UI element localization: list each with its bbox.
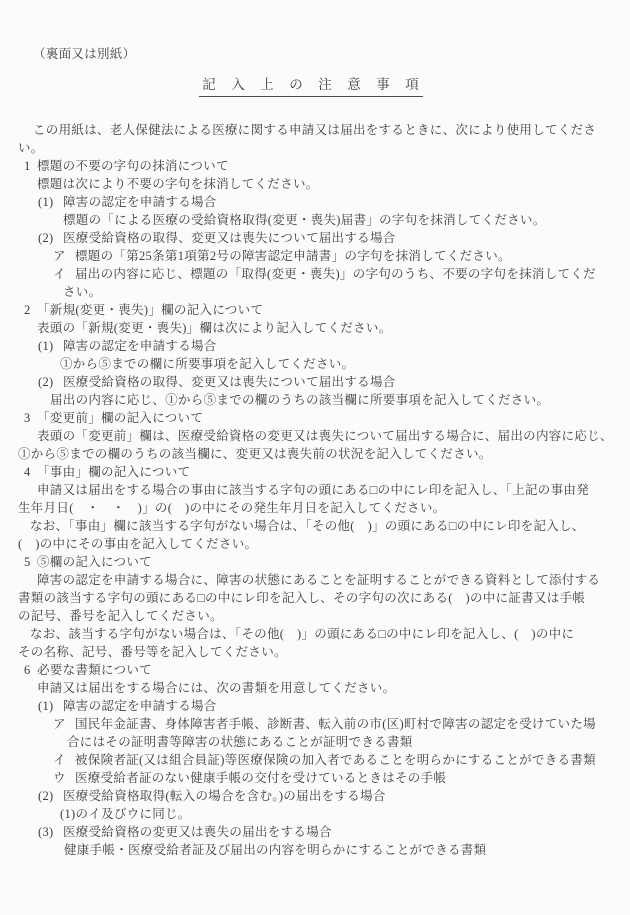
doc-text-line: 書類の該当する字句の頭にある□の中にレ印を記入し、その字句の次にある( )の中に… — [18, 589, 604, 607]
list-marker: (2) — [38, 787, 63, 805]
line-text: の記号、番号を記入してください。 — [18, 609, 223, 623]
line-text: 表頭の「変更前」欄は、医療受給資格の変更又は喪失について届出する場合に、届出の内… — [37, 429, 613, 443]
doc-text-line: なお、該当する字句がない場合は、「その他( )」の頭にある□の中にレ印を記入し、… — [18, 625, 604, 643]
doc-text-line: 申請又は届出をする場合の事由に該当する字句の頭にある□の中にレ印を記入し、「上記… — [18, 481, 604, 499]
title-row: 記 入 上 の 注 意 事 項 — [18, 76, 604, 97]
doc-item-line: 2「新規(変更・喪失)」欄の記入について — [18, 301, 604, 319]
line-text: (1)のイ及びウに同じ。 — [60, 807, 191, 821]
list-marker: ア — [53, 247, 75, 265]
line-text: 「変更前」欄の記入について — [37, 411, 203, 425]
line-text: 国民年金証書、身体障害者手帳、診断書、転入前の市(区)町村で障害の認定を受けてい… — [75, 717, 596, 731]
line-text: 医療受給資格取得(転入の場合を含む。)の届出をする場合 — [63, 789, 386, 803]
doc-text-line: の記号、番号を記入してください。 — [18, 607, 604, 625]
line-text: 「事由」欄の記入について — [37, 465, 190, 479]
doc-item-line: ウ医療受給者証のない健康手帳の交付を受けているときはその手帳 — [18, 769, 604, 787]
list-marker: 4 — [24, 463, 37, 481]
line-text: 表頭の「新規(変更・喪失)」欄は次により記入してください。 — [37, 321, 392, 335]
line-text: 標題は次により不要の字句を抹消してください。 — [37, 177, 319, 191]
doc-item-line: 5⑤欄の記入について — [18, 553, 604, 571]
doc-text-line: なお、「事由」欄に該当する字句がない場合は、「その他( )」の頭にある□の中にレ… — [18, 517, 604, 535]
doc-text-line: ①から⑤までの欄のうちの該当欄に、変更又は喪失前の状況を記入してください。 — [18, 445, 604, 463]
doc-text-line: 障害の認定を申請する場合に、障害の状態にあることを証明することができる資料として… — [18, 571, 604, 589]
line-text: 必要な書類について — [37, 663, 152, 677]
list-marker: (1) — [38, 193, 63, 211]
line-text: 申請又は届出をする場合の事由に該当する字句の頭にある□の中にレ印を記入し、「上記… — [37, 483, 589, 497]
doc-text-line: さい。 — [18, 283, 604, 301]
line-text: その名称、記号、番号等を記入してください。 — [18, 645, 287, 659]
list-marker: ウ — [53, 769, 75, 787]
list-marker: (1) — [38, 697, 63, 715]
doc-item-line: イ届出の内容に応じ、標題の「取得(変更・喪失)」の字句のうち、不要の字句を抹消し… — [18, 265, 604, 283]
list-marker: 2 — [24, 301, 37, 319]
line-text: なお、該当する字句がない場合は、「その他( )」の頭にある□の中にレ印を記入し、… — [30, 627, 574, 641]
doc-text-line: (1)のイ及びウに同じ。 — [18, 805, 604, 823]
line-text: 障害の認定を申請する場合 — [63, 339, 217, 353]
doc-item-line: ア標題の「第25条第1項第2号の障害認定申請書」の字句を抹消してください。 — [18, 247, 604, 265]
doc-text-line: 生年月日( ・ ・ )」の( )の中にその発生年月日を記入してください。 — [18, 499, 604, 517]
doc-text-line: 届出の内容に応じ、①から⑤までの欄のうちの該当欄に所要事項を記入してください。 — [18, 391, 604, 409]
line-text: 被保険者証(又は組合員証)等医療保険の加入者であることを明らかにすることができる… — [75, 753, 596, 767]
doc-item-line: 4「事由」欄の記入について — [18, 463, 604, 481]
doc-text-line: 標題は次により不要の字句を抹消してください。 — [18, 175, 604, 193]
line-text: 標題の「第25条第1項第2号の障害認定申請書」の字句を抹消してください。 — [75, 249, 511, 263]
list-marker: イ — [53, 265, 75, 283]
line-text: 合にはその証明書等障害の状態にあることが証明できる書類 — [67, 735, 413, 749]
line-text: ⑤欄の記入について — [37, 555, 152, 569]
line-text: ( )の中にその事由を記入してください。 — [18, 537, 257, 551]
line-text: 医療受給者証のない健康手帳の交付を受けているときはその手帳 — [75, 771, 446, 785]
line-text: 障害の認定を申請する場合に、障害の状態にあることを証明することができる資料として… — [37, 573, 600, 587]
line-text: 標題の不要の字句の抹消について — [37, 159, 229, 173]
line-text: 届出の内容に応じ、標題の「取得(変更・喪失)」の字句のうち、不要の字句を抹消して… — [75, 267, 596, 281]
doc-text-line: ①から⑤までの欄に所要事項を記入してください。 — [18, 355, 604, 373]
doc-item-line: (2)医療受給資格取得(転入の場合を含む。)の届出をする場合 — [18, 787, 604, 805]
line-text: 届出の内容に応じ、①から⑤までの欄のうちの該当欄に所要事項を記入してください。 — [50, 393, 549, 407]
line-text: 医療受給資格の取得、変更又は喪失について届出する場合 — [63, 231, 396, 245]
doc-item-line: (1)障害の認定を申請する場合 — [18, 193, 604, 211]
doc-text-line: ( )の中にその事由を記入してください。 — [18, 535, 604, 553]
doc-text-line: その名称、記号、番号等を記入してください。 — [18, 643, 604, 661]
list-marker: ア — [53, 715, 75, 733]
line-text: 医療受給資格の取得、変更又は喪失について届出する場合 — [63, 375, 396, 389]
document-body: この用紙は、老人保健法による医療に関する申請又は届出をするときに、次により使用し… — [18, 121, 604, 859]
line-text: 障害の認定を申請する場合 — [63, 195, 217, 209]
doc-item-line: (3)医療受給資格の変更又は喪失の届出をする場合 — [18, 823, 604, 841]
list-marker: 3 — [24, 409, 37, 427]
list-marker: 5 — [24, 553, 37, 571]
header-note: （裏面又は別紙） — [18, 45, 604, 63]
line-text: この用紙は、老人保健法による医療に関する申請又は届出をするときに、次により使用し… — [33, 123, 596, 137]
doc-item-line: ア国民年金証書、身体障害者手帳、診断書、転入前の市(区)町村で障害の認定を受けて… — [18, 715, 604, 733]
line-text: なお、「事由」欄に該当する字句がない場合は、「その他( )」の頭にある□の中にレ… — [30, 519, 585, 533]
doc-item-line: (2)医療受給資格の取得、変更又は喪失について届出する場合 — [18, 373, 604, 391]
line-text: 医療受給資格の変更又は喪失の届出をする場合 — [63, 825, 332, 839]
line-text: 標題の「による医療の受給資格取得(変更・喪失)届書」の字句を抹消してください。 — [63, 213, 546, 227]
line-text: ①から⑤までの欄のうちの該当欄に、変更又は喪失前の状況を記入してください。 — [18, 447, 492, 461]
doc-text-line: 標題の「による医療の受給資格取得(変更・喪失)届書」の字句を抹消してください。 — [18, 211, 604, 229]
document-page: （裏面又は別紙） 記 入 上 の 注 意 事 項 この用紙は、老人保健法による医… — [0, 0, 630, 915]
doc-text-line: 表頭の「新規(変更・喪失)」欄は次により記入してください。 — [18, 319, 604, 337]
doc-text-line: い。 — [18, 139, 604, 157]
doc-item-line: 6必要な書類について — [18, 661, 604, 679]
doc-item-line: 3「変更前」欄の記入について — [18, 409, 604, 427]
list-marker: (3) — [38, 823, 63, 841]
doc-text-line: 表頭の「変更前」欄は、医療受給資格の変更又は喪失について届出する場合に、届出の内… — [18, 427, 604, 445]
list-marker: 1 — [24, 157, 37, 175]
line-text: 「新規(変更・喪失)」欄の記入について — [37, 303, 263, 317]
line-text: 生年月日( ・ ・ )」の( )の中にその発生年月日を記入してください。 — [18, 501, 445, 515]
doc-item-line: (1)障害の認定を申請する場合 — [18, 697, 604, 715]
page-title: 記 入 上 の 注 意 事 項 — [199, 76, 423, 97]
line-text: 障害の認定を申請する場合 — [63, 699, 217, 713]
list-marker: (1) — [38, 337, 63, 355]
doc-text-line: 申請又は届出をする場合には、次の書類を用意してください。 — [18, 679, 604, 697]
doc-text-line: 健康手帳・医療受給者証及び届出の内容を明らかにすることができる書類 — [18, 841, 604, 859]
list-marker: イ — [53, 751, 75, 769]
list-marker: (2) — [38, 229, 63, 247]
doc-text-line: 合にはその証明書等障害の状態にあることが証明できる書類 — [18, 733, 604, 751]
list-marker: 6 — [24, 661, 37, 679]
doc-text-line: この用紙は、老人保健法による医療に関する申請又は届出をするときに、次により使用し… — [18, 121, 604, 139]
doc-item-line: (2)医療受給資格の取得、変更又は喪失について届出する場合 — [18, 229, 604, 247]
line-text: 書類の該当する字句の頭にある□の中にレ印を記入し、その字句の次にある( )の中に… — [18, 591, 585, 605]
line-text: ①から⑤までの欄に所要事項を記入してください。 — [60, 357, 354, 371]
doc-item-line: (1)障害の認定を申請する場合 — [18, 337, 604, 355]
line-text: さい。 — [63, 285, 101, 299]
line-text: 申請又は届出をする場合には、次の書類を用意してください。 — [37, 681, 395, 695]
doc-item-line: 1標題の不要の字句の抹消について — [18, 157, 604, 175]
list-marker: (2) — [38, 373, 63, 391]
line-text: い。 — [18, 141, 44, 155]
line-text: 健康手帳・医療受給者証及び届出の内容を明らかにすることができる書類 — [64, 843, 486, 857]
doc-item-line: イ被保険者証(又は組合員証)等医療保険の加入者であることを明らかにすることができ… — [18, 751, 604, 769]
